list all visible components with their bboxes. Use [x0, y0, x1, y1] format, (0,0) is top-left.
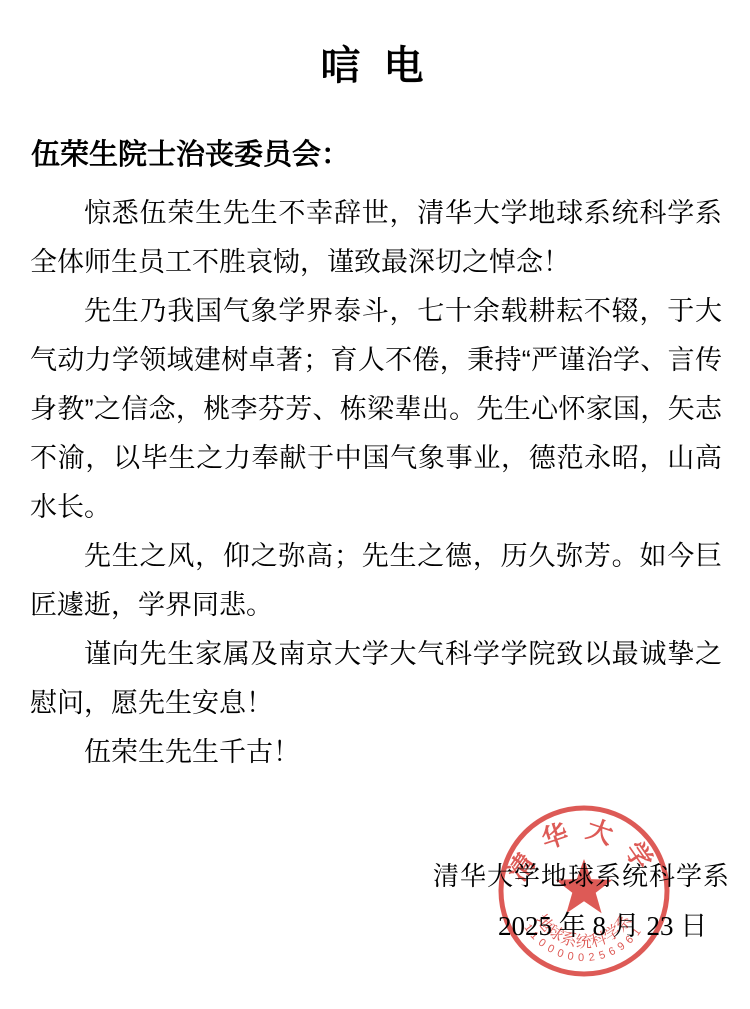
signature-date: 2025 年 8 月 23 日: [498, 904, 707, 943]
paragraph-2: 先生乃我国气象学界泰斗，七十余载耕耘不辍，于大气动力学领域建树卓著；育人不倦，秉…: [30, 287, 722, 532]
paragraph-5: 伍荣生先生千古！: [30, 728, 722, 777]
signature-organization: 清华大学地球系统科学系: [433, 856, 730, 893]
paragraph-1: 惊悉伍荣生先生不幸辞世，清华大学地球系统科学系全体师生员工不胜哀恸，谨致最深切之…: [30, 189, 722, 287]
page-title: 唁 电: [0, 34, 750, 91]
letter-body: 惊悉伍荣生先生不幸辞世，清华大学地球系统科学系全体师生员工不胜哀恸，谨致最深切之…: [30, 189, 722, 777]
salutation: 伍荣生院士治丧委员会：: [31, 132, 350, 173]
paragraph-4: 谨向先生家属及南京大学大气科学学院致以最诚挚之慰问，愿先生安息！: [30, 630, 722, 728]
condolence-letter-page: 唁 电 伍荣生院士治丧委员会： 惊悉伍荣生先生不幸辞世，清华大学地球系统科学系全…: [0, 0, 750, 1009]
official-seal-stamp: 清华大学 地球系统科学系 1100000256961: [496, 801, 672, 985]
paragraph-3: 先生之风，仰之弥高；先生之德，历久弥芳。如今巨匠遽逝，学界同悲。: [30, 532, 722, 630]
